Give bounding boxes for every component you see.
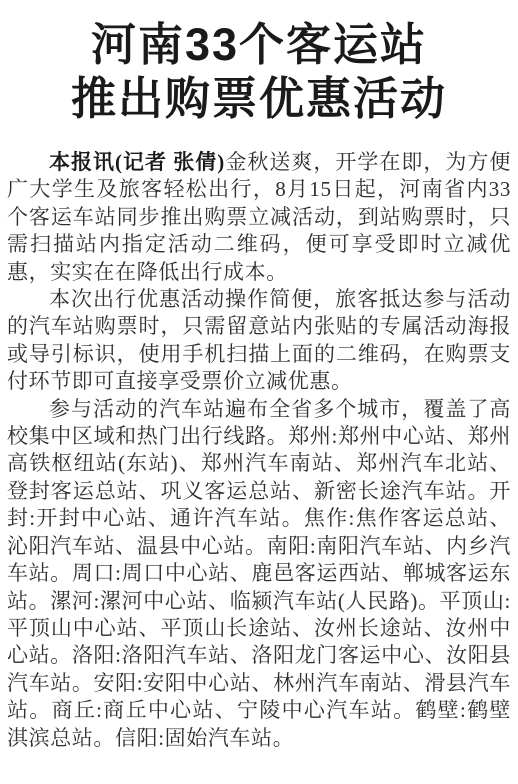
paragraph-2-text: 本次出行优惠活动操作简便，旅客抵达参与活动的汽车站购票时，只需留意站内张贴的专属… — [7, 287, 511, 393]
headline-line-2: 推出购票优惠活动 — [7, 72, 511, 126]
article-headline: 河南33个客运站 推出购票优惠活动 — [7, 18, 511, 126]
paragraph-1: 本报讯(记者 张倩)金秋送爽，开学在即，为方便广大学生及旅客轻松出行，8月15日… — [7, 149, 511, 286]
article-body: 本报讯(记者 张倩)金秋送爽，开学在即，为方便广大学生及旅客轻松出行，8月15日… — [7, 149, 511, 752]
headline-line-1: 河南33个客运站 — [7, 18, 511, 72]
paragraph-2: 本次出行优惠活动操作简便，旅客抵达参与活动的汽车站购票时，只需留意站内张贴的专属… — [7, 286, 511, 396]
newspaper-article-page: 河南33个客运站 推出购票优惠活动 本报讯(记者 张倩)金秋送爽，开学在即，为方… — [0, 0, 518, 784]
paragraph-3-text: 参与活动的汽车站遍布全省多个城市，覆盖了高校集中区域和热门出行线路。郑州:郑州中… — [7, 397, 511, 750]
paragraph-3: 参与活动的汽车站遍布全省多个城市，覆盖了高校集中区域和热门出行线路。郑州:郑州中… — [7, 396, 511, 752]
byline-lead: 本报讯(记者 张倩) — [49, 150, 225, 174]
